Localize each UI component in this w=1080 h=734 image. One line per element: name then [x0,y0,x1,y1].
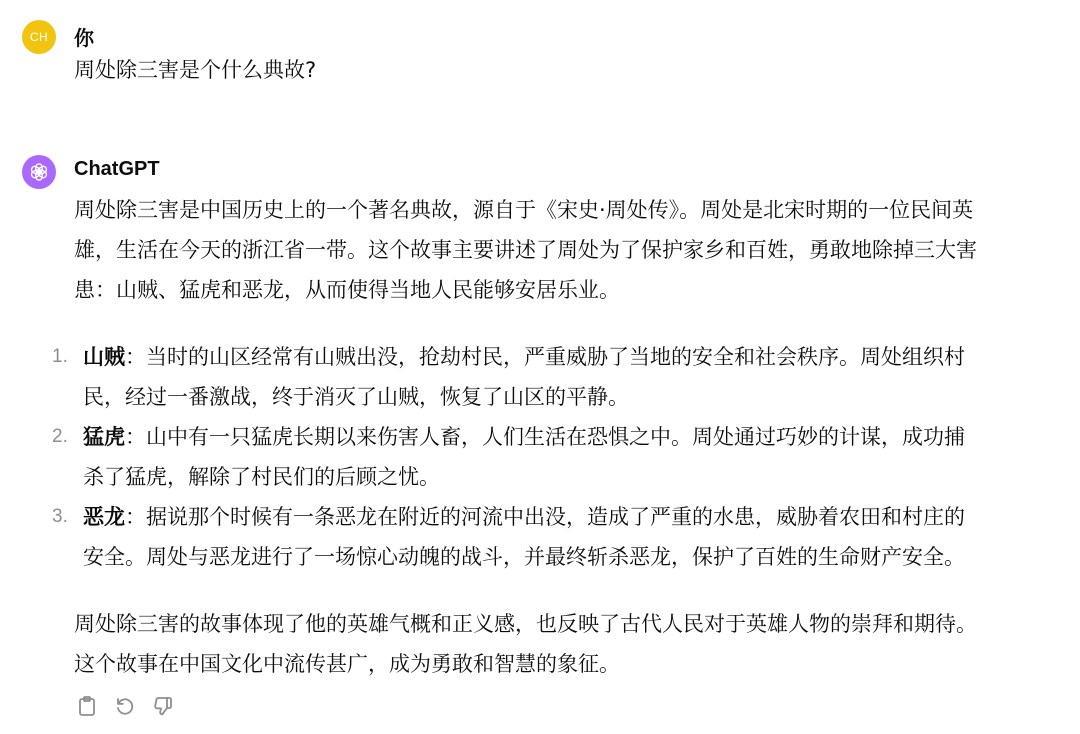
list-item-text: 安全。周处与恶龙进行了一场惊心动魄的战斗，并最终斩杀恶龙，保护了百姓的生命财产安… [83,537,1062,577]
regenerate-button[interactable] [112,692,138,720]
intro-line: 雄，生活在今天的浙江省一带。这个故事主要讲述了周处为了保护家乡和百姓，勇敢地除掉… [74,230,1062,270]
assistant-avatar [22,155,56,189]
message-actions [74,692,176,720]
conclusion-line: 周处除三害的故事体现了他的英雄气概和正义感，也反映了古代人民对于英雄人物的崇拜和… [74,604,1062,644]
regenerate-icon [114,695,136,717]
list-item-term: 恶龙 [83,505,125,529]
list-item-text: ：当时的山区经常有山贼出没，抢劫村民，严重威胁了当地的安全和社会秩序。周处组织村 [125,345,965,369]
list-item: 3. 恶龙：据说那个时候有一条恶龙在附近的河流中出没，造成了严重的水患，威胁着农… [74,497,1062,577]
clipboard-icon [77,695,97,717]
copy-button[interactable] [74,692,100,720]
assistant-author-name: ChatGPT [74,158,160,181]
list-item-term: 山贼 [83,345,125,369]
list-item-text: 民，经过一番激战，终于消灭了山贼，恢复了山区的平静。 [83,377,1062,417]
assistant-numbered-list: 1. 山贼：当时的山区经常有山贼出没，抢劫村民，严重威胁了当地的安全和社会秩序。… [74,337,1062,577]
intro-line: 周处除三害是中国历史上的一个著名典故，源自于《宋史·周处传》。周处是北宋时期的一… [74,190,1062,230]
list-number: 2. [52,417,68,457]
intro-line: 患：山贼、猛虎和恶龙，从而使得当地人民能够安居乐业。 [74,270,1062,310]
conclusion-line: 这个故事在中国文化中流传甚广，成为勇敢和智慧的象征。 [74,644,1062,684]
assistant-message-turn: ChatGPT 周处除三害是中国历史上的一个著名典故，源自于《宋史·周处传》。周… [0,0,1080,734]
list-number: 1. [52,337,68,377]
list-item-text: 杀了猛虎，解除了村民们的后顾之忧。 [83,457,1062,497]
assistant-intro-paragraph: 周处除三害是中国历史上的一个著名典故，源自于《宋史·周处传》。周处是北宋时期的一… [74,190,1062,310]
thumbs-down-button[interactable] [150,692,176,720]
list-item-text: ：据说那个时候有一条恶龙在附近的河流中出没，造成了严重的水患，威胁着农田和村庄的 [125,505,965,529]
list-item-term: 猛虎 [83,425,125,449]
thumbs-down-icon [152,695,174,717]
assistant-conclusion-paragraph: 周处除三害的故事体现了他的英雄气概和正义感，也反映了古代人民对于英雄人物的崇拜和… [74,604,1062,684]
openai-logo-icon [28,161,50,183]
list-item: 1. 山贼：当时的山区经常有山贼出没，抢劫村民，严重威胁了当地的安全和社会秩序。… [74,337,1062,417]
list-item: 2. 猛虎：山中有一只猛虎长期以来伤害人畜，人们生活在恐惧之中。周处通过巧妙的计… [74,417,1062,497]
list-number: 3. [52,497,68,537]
list-item-text: ：山中有一只猛虎长期以来伤害人畜，人们生活在恐惧之中。周处通过巧妙的计谋，成功捕 [125,425,965,449]
